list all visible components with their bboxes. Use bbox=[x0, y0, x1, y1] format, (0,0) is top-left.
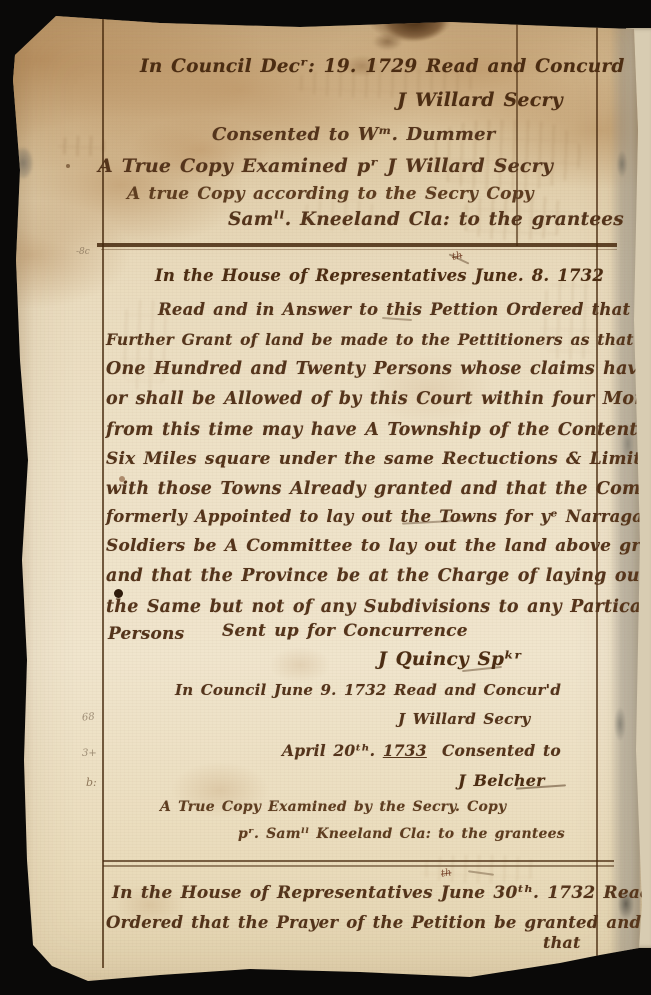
ink-stain-blot bbox=[372, 0, 450, 52]
resolution-body-line: Further Grant of land be made to the Pet… bbox=[106, 330, 651, 349]
resolution-body-line: Six Miles square under the same Rectucti… bbox=[106, 449, 651, 469]
margin-note: 68 bbox=[81, 711, 95, 723]
house-order-line: In the House of Representatives June 30ᵗ… bbox=[112, 883, 651, 903]
true-copy-line: A True Copy Examined pʳ J Willard Secry bbox=[98, 155, 553, 177]
signature-kneeland: Samˡˡ. Kneeland Cla: to the grantees bbox=[228, 209, 624, 230]
ink-specks bbox=[66, 164, 70, 168]
edge-smudge bbox=[10, 892, 28, 926]
resolution-body-line: Soldiers be A Committee to lay out the l… bbox=[106, 536, 651, 556]
manuscript-page: In Council Decʳ: 19. 1729 Read and Concu… bbox=[0, 0, 651, 995]
council-endorsement-line: In Council Decʳ: 19. 1729 Read and Concu… bbox=[140, 56, 624, 77]
resolution-body-line: Persons bbox=[108, 624, 184, 644]
section-divider-rule-echo bbox=[103, 865, 614, 867]
margin-note: -8c bbox=[76, 247, 90, 257]
resolution-body-line: from this time may have A Township of th… bbox=[106, 420, 651, 440]
margin-note: b: bbox=[86, 776, 97, 789]
struck-correction-mark: th bbox=[440, 867, 452, 879]
section-divider-rule bbox=[97, 243, 617, 247]
consent-dummer-line: Consented to Wᵐ. Dummer bbox=[212, 124, 495, 145]
house-heading: In the House of Representatives June. 8.… bbox=[155, 266, 604, 285]
house-order-catchword: that bbox=[543, 933, 581, 952]
consent-year: 1733 bbox=[383, 741, 427, 760]
resolution-body-line: or shall be Allowed of by this Court wit… bbox=[106, 389, 651, 409]
resolution-body-line: Read and in Answer to this Pettion Order… bbox=[158, 300, 651, 319]
consent-date-line: April 20ᵗʰ. 1733 Consented to bbox=[282, 741, 561, 760]
sent-up-line: Sent up for Concurrence bbox=[222, 621, 468, 641]
consent-prefix: April 20ᵗʰ. bbox=[282, 741, 375, 760]
resolution-body-line: the Same but not of any Subdivisions to … bbox=[106, 597, 651, 617]
resolution-body-line: formerly Appointed to lay out the Towns … bbox=[106, 507, 651, 526]
section-divider-rule-echo bbox=[101, 249, 617, 250]
bleed-through-margin-text bbox=[58, 136, 106, 156]
photo-background: In Council Decʳ: 19. 1729 Read and Concu… bbox=[0, 0, 651, 995]
council-concurrence-line: In Council June 9. 1732 Read and Concur'… bbox=[175, 681, 561, 699]
signature-willard-secry: J Willard Secry bbox=[398, 710, 530, 728]
resolution-body-line: One Hundred and Twenty Persons whose cla… bbox=[106, 359, 651, 379]
edge-smudge bbox=[12, 655, 28, 719]
margin-note: 3+ bbox=[82, 748, 97, 759]
attestation-line: pʳ. Samˡˡ Kneeland Cla: to the grantees bbox=[238, 826, 565, 842]
consent-suffix: Consented to bbox=[442, 741, 561, 760]
resolution-body-line: with those Towns Already granted and tha… bbox=[106, 479, 651, 499]
house-order-line: Ordered that the Prayer of the Petition … bbox=[106, 913, 641, 932]
true-copy-line: A true Copy according to the Secry Copy bbox=[127, 184, 534, 204]
attestation-line: A True Copy Examined by the Secry. Copy bbox=[160, 799, 506, 815]
edge-smudge bbox=[10, 142, 36, 184]
resolution-body-line: and that the Province be at the Charge o… bbox=[106, 566, 648, 586]
ink-strike-mark bbox=[468, 870, 494, 876]
section-divider-rule bbox=[103, 860, 614, 862]
signature-willard-secry: J Willard Secry bbox=[397, 89, 563, 111]
